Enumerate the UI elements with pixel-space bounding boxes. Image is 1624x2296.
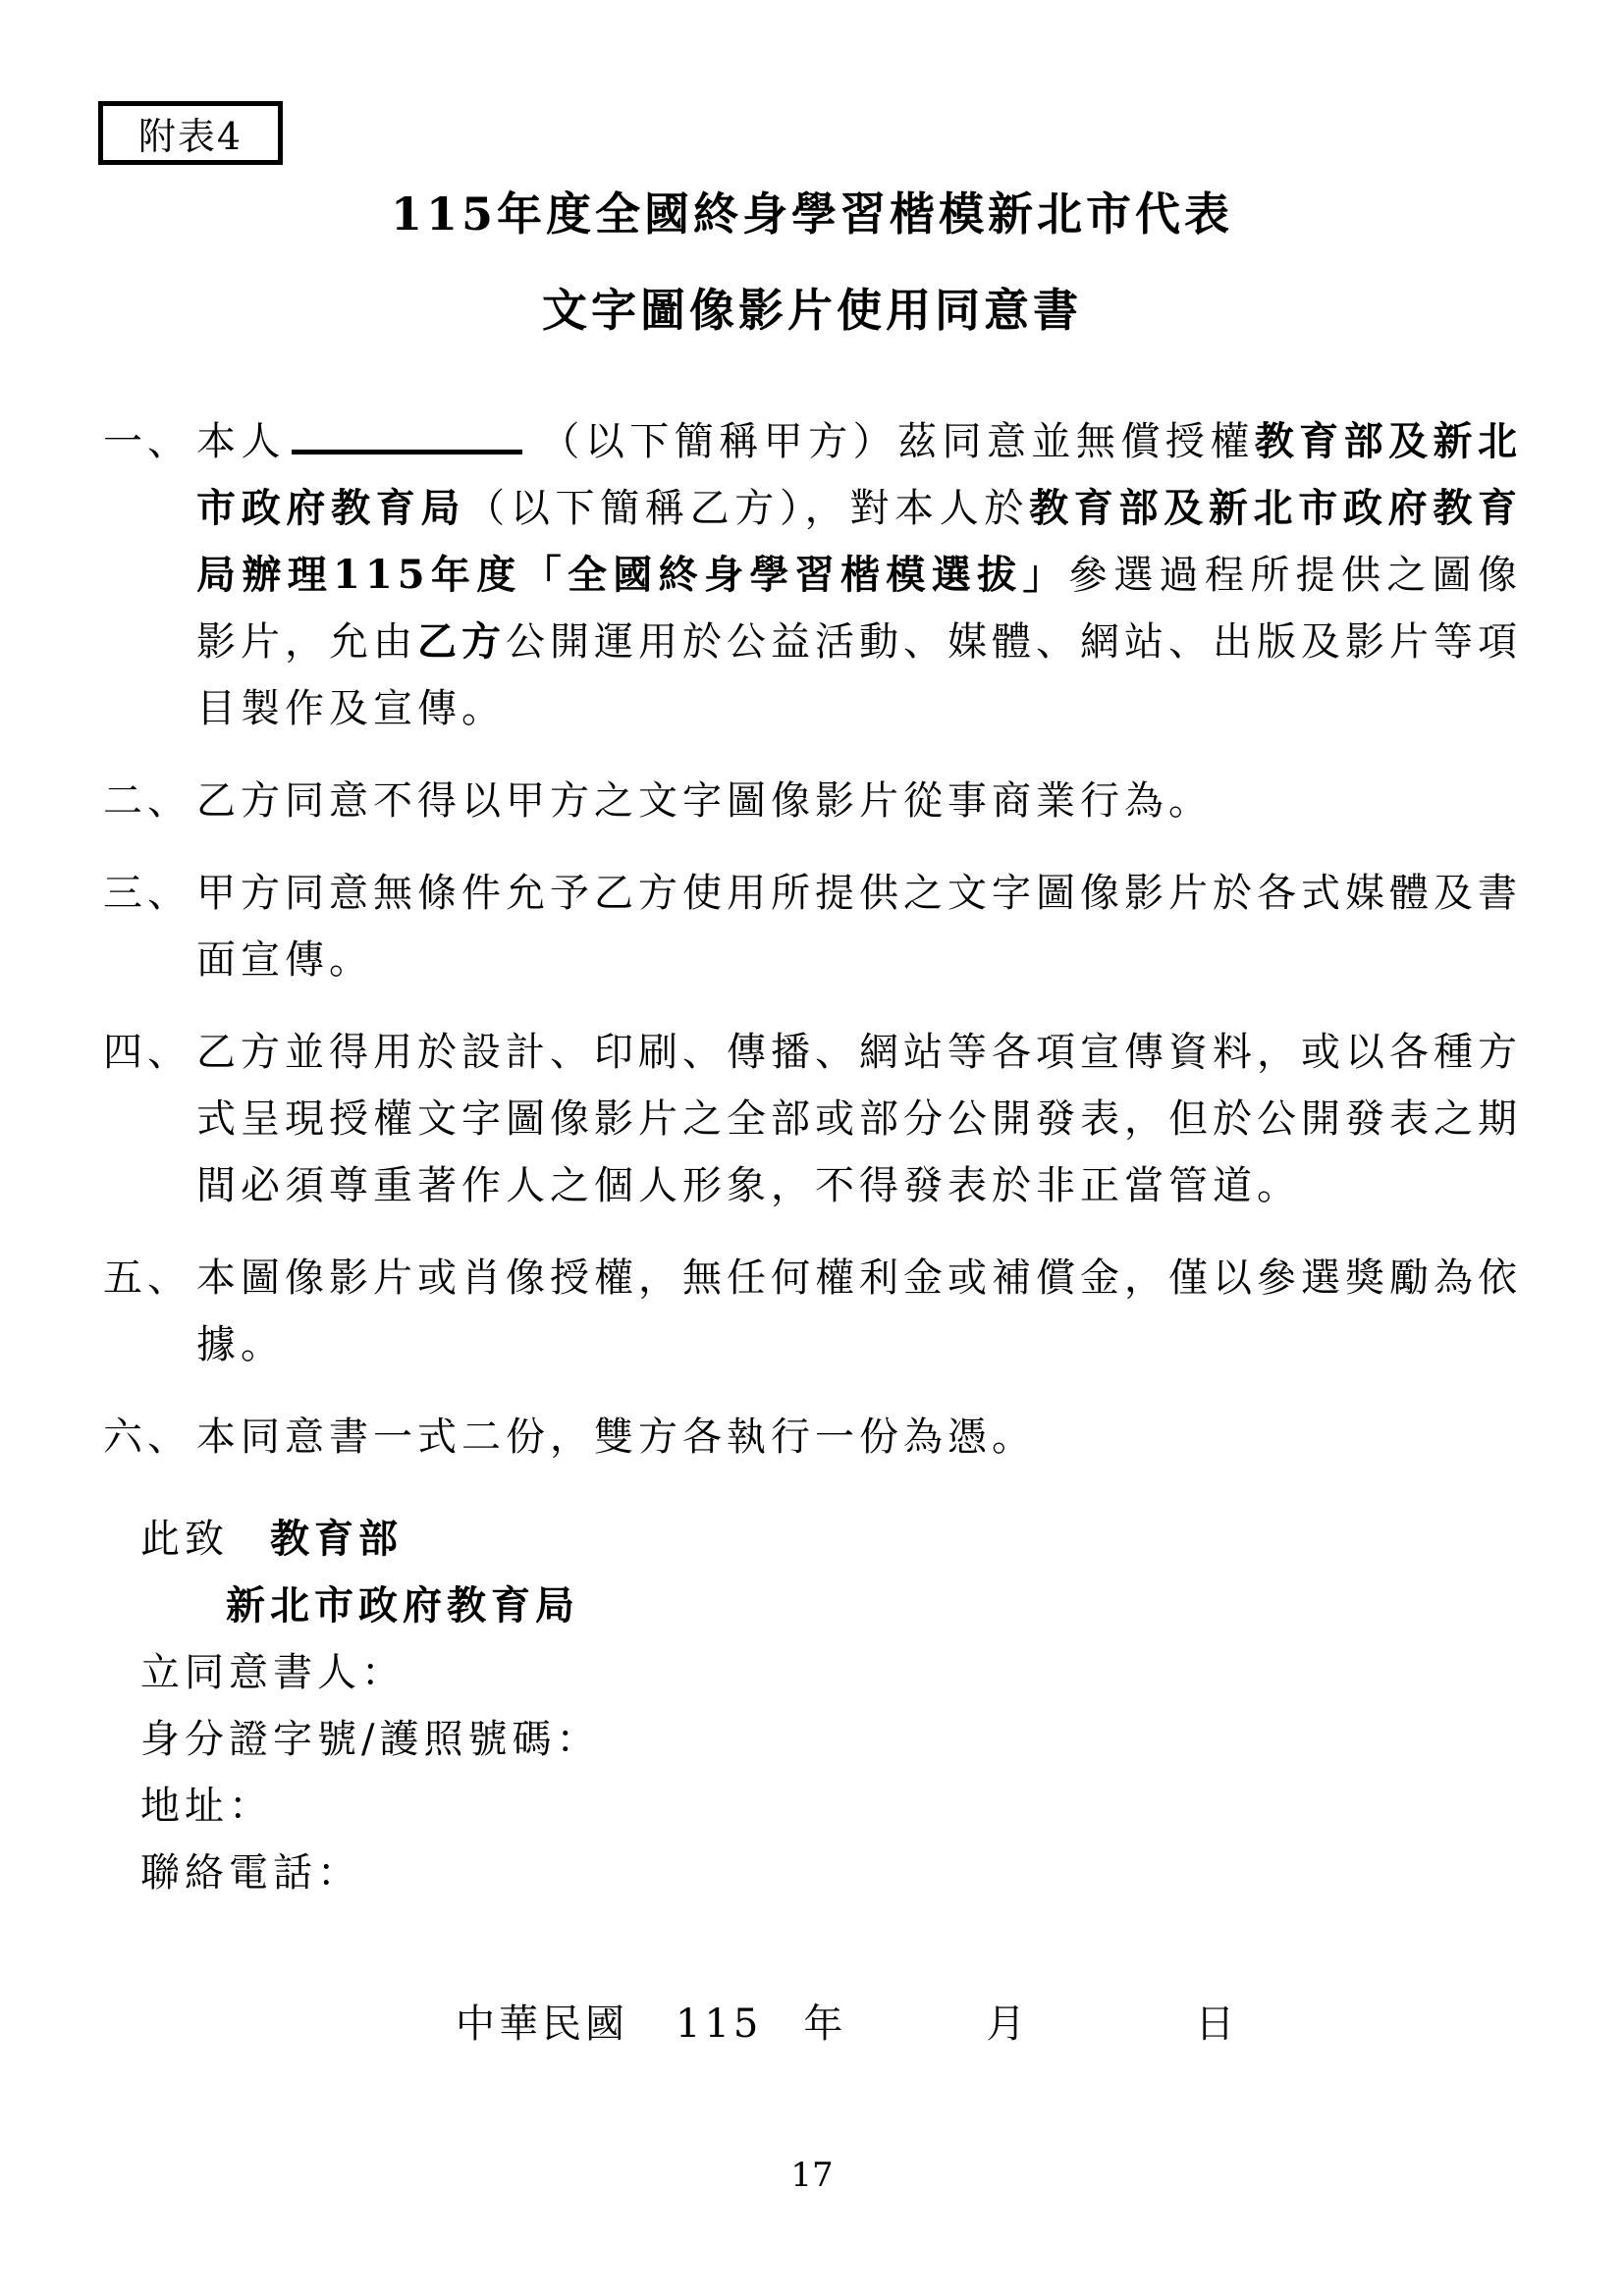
clause-number: 三、 bbox=[103, 860, 196, 927]
document-page: 附表4 115年度全國終身學習楷模新北市代表 文字圖像影片使用同意書 一、本人（… bbox=[0, 0, 1624, 2296]
salutation-line: 此致教育部 bbox=[140, 1506, 1624, 1573]
clause-text-bold-segment: 乙方 bbox=[417, 618, 506, 665]
clause-number: 五、 bbox=[103, 1245, 196, 1311]
clause-item: 五、本圖像影片或肖像授權，無任何權利金或補償金，僅以參選獎勵為依據。 bbox=[103, 1245, 1522, 1378]
clause-number: 六、 bbox=[103, 1404, 196, 1470]
clause-text: 乙方並得用於設計、印刷、傳播、網站等各項宣傳資料，或以各種方式呈現授權文字圖像影… bbox=[196, 1019, 1522, 1219]
clause-text-segment: 本同意書一式二份，雙方各執行一份為憑。 bbox=[196, 1415, 1036, 1460]
clause-text: 本同意書一式二份，雙方各執行一份為憑。 bbox=[196, 1404, 1522, 1470]
era-label: 中華民國 bbox=[456, 1991, 628, 2057]
closing-block: 此致教育部 新北市政府教育局 立同意書人：身分證字號/護照號碼：地址：聯絡電話： bbox=[140, 1506, 1624, 1906]
year-unit-label: 年 bbox=[803, 1991, 846, 2057]
clause-text-segment: 乙方同意不得以甲方之文字圖像影片從事商業行為。 bbox=[196, 778, 1213, 824]
recipient-ministry: 教育部 bbox=[270, 1516, 403, 1562]
clause-list: 一、本人（以下簡稱甲方）茲同意並無償授權教育部及新北市政府教育局（以下簡稱乙方）… bbox=[103, 408, 1522, 1470]
clause-text-segment: 本圖像影片或肖像授權，無任何權利金或補償金，僅以參選獎勵為依據。 bbox=[196, 1255, 1522, 1367]
page-number: 17 bbox=[0, 2156, 1624, 2195]
closing-fields: 立同意書人：身分證字號/護照號碼：地址：聯絡電話： bbox=[140, 1639, 1624, 1906]
clause-item: 二、乙方同意不得以甲方之文字圖像影片從事商業行為。 bbox=[103, 768, 1522, 834]
appendix-tag-label: 附表4 bbox=[138, 106, 243, 160]
clause-number: 二、 bbox=[103, 768, 196, 834]
date-line: 中華民國 115 年 月 日 bbox=[456, 1991, 1624, 2057]
clause-number: 一、 bbox=[103, 408, 196, 475]
month-unit-label: 月 bbox=[986, 1991, 1029, 2057]
appendix-tag-box: 附表4 bbox=[98, 101, 283, 165]
closing-field: 聯絡電話： bbox=[140, 1840, 1624, 1906]
clause-text-segment: （以下簡稱乙方），對本人於 bbox=[465, 486, 1029, 531]
clause-text-segment: 乙方並得用於設計、印刷、傳播、網站等各項宣傳資料，或以各種方式呈現授權文字圖像影… bbox=[196, 1030, 1522, 1208]
clause-item: 一、本人（以下簡稱甲方）茲同意並無償授權教育部及新北市政府教育局（以下簡稱乙方）… bbox=[103, 408, 1522, 742]
closing-field: 立同意書人： bbox=[140, 1639, 1624, 1706]
clause-number: 四、 bbox=[103, 1019, 196, 1086]
clause-text: 本圖像影片或肖像授權，無任何權利金或補償金，僅以參選獎勵為依據。 bbox=[196, 1245, 1522, 1378]
clause-text-segment: 本人 bbox=[196, 419, 286, 464]
day-unit-label: 日 bbox=[1195, 1991, 1238, 2057]
clause-item: 四、乙方並得用於設計、印刷、傳播、網站等各項宣傳資料，或以各種方式呈現授權文字圖… bbox=[103, 1019, 1522, 1219]
salutation-label: 此致 bbox=[140, 1517, 229, 1562]
fill-in-blank bbox=[292, 410, 522, 454]
clause-item: 三、甲方同意無條件允予乙方使用所提供之文字圖像影片於各式媒體及書面宣傳。 bbox=[103, 860, 1522, 993]
clause-text: 乙方同意不得以甲方之文字圖像影片從事商業行為。 bbox=[196, 768, 1522, 834]
clause-item: 六、本同意書一式二份，雙方各執行一份為憑。 bbox=[103, 1404, 1522, 1470]
clause-text: 甲方同意無條件允予乙方使用所提供之文字圖像影片於各式媒體及書面宣傳。 bbox=[196, 860, 1522, 993]
clause-text-segment: 甲方同意無條件允予乙方使用所提供之文字圖像影片於各式媒體及書面宣傳。 bbox=[196, 871, 1522, 983]
year-value: 115 bbox=[676, 1991, 762, 2057]
closing-field: 身分證字號/護照號碼： bbox=[140, 1706, 1624, 1773]
document-subtitle: 文字圖像影片使用同意書 bbox=[0, 283, 1624, 338]
closing-field: 地址： bbox=[140, 1773, 1624, 1840]
recipient-education-bureau: 新北市政府教育局 bbox=[226, 1573, 1624, 1639]
clause-text-segment: （以下簡稱甲方）茲同意並無償授權 bbox=[540, 419, 1255, 464]
clause-text: 本人（以下簡稱甲方）茲同意並無償授權教育部及新北市政府教育局（以下簡稱乙方），對… bbox=[196, 408, 1522, 742]
